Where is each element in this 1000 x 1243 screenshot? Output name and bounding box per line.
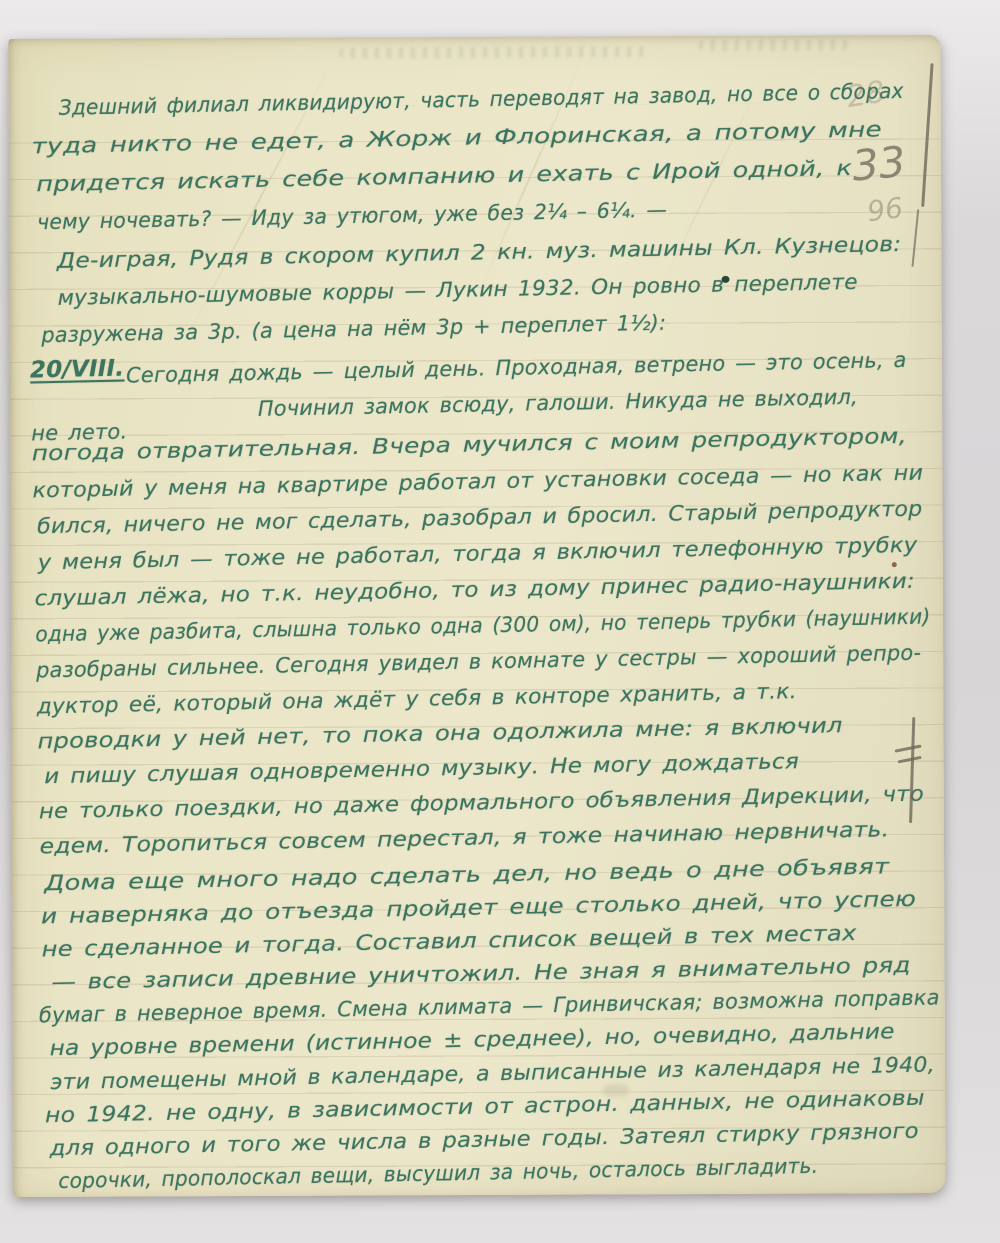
handwritten-line: придется искать себе компанию и ехать с … (36, 156, 852, 196)
photo-background: { "annotations": { "page_number": "33", … (0, 0, 1000, 1243)
handwritten-line: который у меня на квартире работал от ус… (32, 461, 923, 503)
handwritten-line: не сделанное и тогда. Составил список ве… (41, 921, 856, 961)
handwritten-line: Здешний филиал ликвидируют, часть перево… (59, 79, 904, 120)
handwritten-line: Сегодня дождь — целый день. Проходная, в… (126, 348, 907, 388)
handwritten-line: музыкально-шумовые корры — Лукин 1932. О… (57, 270, 858, 310)
handwritten-line: и пишу слушая одновременно музыку. Не мо… (44, 749, 799, 788)
diary-page: Здешний филиал ликвидируют, часть перево… (8, 35, 945, 1197)
handwritten-line: не только поездки, но даже формального о… (39, 782, 925, 824)
handwritten-line: туда никто не едет, а Жорж и Флоринская,… (31, 117, 882, 158)
handwritten-line: одна уже разбита, слышна только одна (30… (35, 604, 931, 646)
handwritten-line: Починил замок всюду, галоши. Никуда не в… (258, 385, 859, 421)
handwritten-line: на уровне времени (истинное ± среднее), … (49, 1019, 894, 1060)
handwritten-line: Де-играя, Рудя в скором купил 2 кн. муз.… (57, 232, 902, 273)
handwritten-line: погода отвратительная. Вчера мучился с м… (31, 424, 906, 466)
handwritten-line: разружена за 3р. (а цена на нём 3р + пер… (41, 311, 666, 348)
handwritten-line: у меня был — тоже не работал, тогда я вк… (38, 533, 918, 575)
handwritten-line: едем. Торопиться совсем перестал, я тоже… (39, 817, 889, 858)
handwritten-line: разобраны сильнее. Сегодня увидел в комн… (36, 641, 922, 683)
handwritten-line: бился, ничего не мог сделать, разобрал и… (37, 497, 923, 539)
entry-date: 20/VIII. (30, 356, 125, 384)
handwritten-line: слушал лёжа, но т.к. неудобно, то из дом… (34, 569, 915, 611)
handwritten-line: чему ночевать? — Иду за утюгом, уже без … (37, 198, 667, 235)
handwritten-line: проводки у ней нет, то пока она одолжила… (37, 713, 843, 753)
handwriting-container: Здешний филиал ликвидируют, часть перево… (7, 21, 962, 1197)
handwritten-line: дуктор её, который она ждёт у себя в кон… (37, 679, 797, 718)
handwritten-line: сорочки, прополоскал вещи, высушил за но… (58, 1154, 818, 1193)
